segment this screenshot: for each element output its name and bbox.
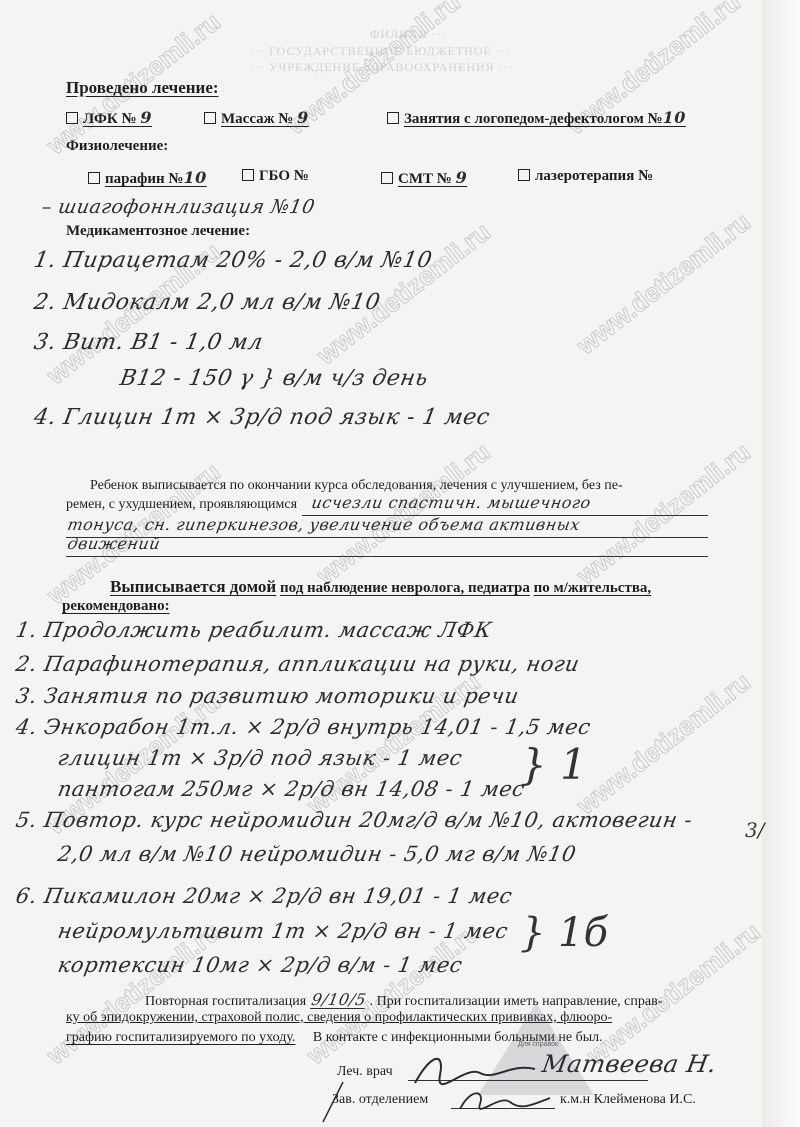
recommendation-item: 1. Продолжить реабилит. массаж ЛФК (14, 618, 494, 642)
side-note: 3/ (745, 818, 764, 842)
checkbox[interactable] (518, 169, 530, 181)
speech-therapy-item: Занятия с логопедом-дефектологом №10 (387, 108, 686, 128)
checkbox[interactable] (204, 112, 216, 124)
medication-item: 2. Мидокалм 2,0 мл в/м №10 (32, 290, 382, 315)
recommendation-item: 5. Повтор. курс нейромидин 20мг/д в/м №1… (14, 808, 694, 832)
recommendation-item: 6. Пикамилон 20мг × 2р/д вн 19,01 - 1 ме… (14, 884, 514, 908)
recommendation-item: 2,0 мл в/м №10 нейромидин - 5,0 мг в/м №… (56, 842, 578, 866)
discharge-hand-line1: исчезли спастичн. мышечного (310, 493, 593, 512)
discharge-hand-line2: тонуса, сн. гиперкинезов, увеличение объ… (66, 515, 582, 534)
recommendation-item: нейромультивит 1т × 2р/д вн - 1 мес (56, 919, 510, 943)
treatment-heading: Проведено лечение: (66, 78, 219, 98)
physio-heading: Физиолечение: (66, 138, 168, 155)
recommendation-item: 3. Занятия по развитию моторики и речи (14, 684, 521, 708)
checkbox[interactable] (381, 172, 393, 184)
smt-item: СМТ № 9 (381, 168, 467, 188)
bracket-annotation: } 1 (520, 740, 587, 789)
paper-edge (762, 0, 800, 1127)
checkbox[interactable] (242, 169, 254, 181)
bracket-annotation: } 1б (520, 910, 608, 956)
bleed-through-text: ··· УЧРЕЖДЕНИЕ ЗДРАВООХРАНЕНИЯ ··· (250, 60, 514, 75)
medication-item: В12 - 150 γ } в/м ч/з день (118, 366, 430, 391)
bleed-through-text: ··· ГОСУДАРСТВЕННОЕ БЮДЖЕТНОЕ ··· (250, 44, 511, 59)
physio-extra-handwritten: – шиагофоннлизация №10 (40, 196, 317, 218)
signature-stroke (318, 1080, 348, 1125)
recommendations-heading: Выписывается домой под наблюдение неврол… (110, 577, 651, 597)
bleed-through-text: ФИЛИАЛ ··· (370, 27, 447, 42)
gbo-item: ГБО № (242, 168, 309, 185)
watermark: www.detizemli.ru (571, 666, 757, 821)
recommendation-item: 2. Парафинотерапия, аппликации на руки, … (14, 652, 581, 676)
discharge-hand-line3: движений (66, 534, 162, 553)
laser-item: лазеротерапия № (518, 168, 653, 185)
watermark: www.detizemli.ru (311, 436, 497, 591)
recommendation-item: пантогам 250мг × 2р/д вн 14,08 - 1 мес (56, 777, 527, 801)
fill-line (66, 537, 708, 538)
watermark: www.detizemli.ru (571, 436, 757, 591)
medication-item: 3. Вит. В1 - 1,0 мл (32, 330, 265, 355)
paraffin-item: парафин №10 (88, 168, 207, 188)
recommendation-item: кортексин 10мг × 2р/д в/м - 1 мес (56, 953, 464, 977)
head-signature-scribble (455, 1084, 555, 1114)
medication-heading: Медикаментозное лечение: (66, 223, 250, 240)
watermark: www.detizemli.ru (571, 206, 757, 361)
recommendation-item: 4. Энкорабон 1т.л. × 2р/д внутрь 14,01 -… (14, 715, 593, 739)
doctor-signature: Матвеева Н. (540, 1050, 719, 1078)
head-of-department-name: к.м.н Клейменова И.С. (560, 1092, 696, 1108)
checkbox[interactable] (387, 112, 399, 124)
discharge-text-line1: Ребенок выписывается по окончании курса … (90, 478, 623, 494)
massage-item: Массаж № 9 (204, 108, 309, 128)
medication-item: 1. Пирацетам 20% - 2,0 в/м №10 (32, 248, 434, 273)
checkbox[interactable] (66, 112, 78, 124)
discharge-text-line2: ремен, с ухудшением, проявляющимся (66, 497, 297, 513)
fill-line (66, 556, 708, 557)
doctor-label: Леч. врач (337, 1064, 393, 1080)
checkbox[interactable] (88, 172, 100, 184)
lfk-item: ЛФК № 9 (66, 108, 152, 128)
recommendation-item: глицин 1т × 3р/д под язык - 1 мес (56, 746, 464, 770)
recommended-label: рекомендовано: (62, 598, 170, 615)
medication-item: 4. Глицин 1т × 3р/д под язык - 1 мес (32, 405, 492, 430)
